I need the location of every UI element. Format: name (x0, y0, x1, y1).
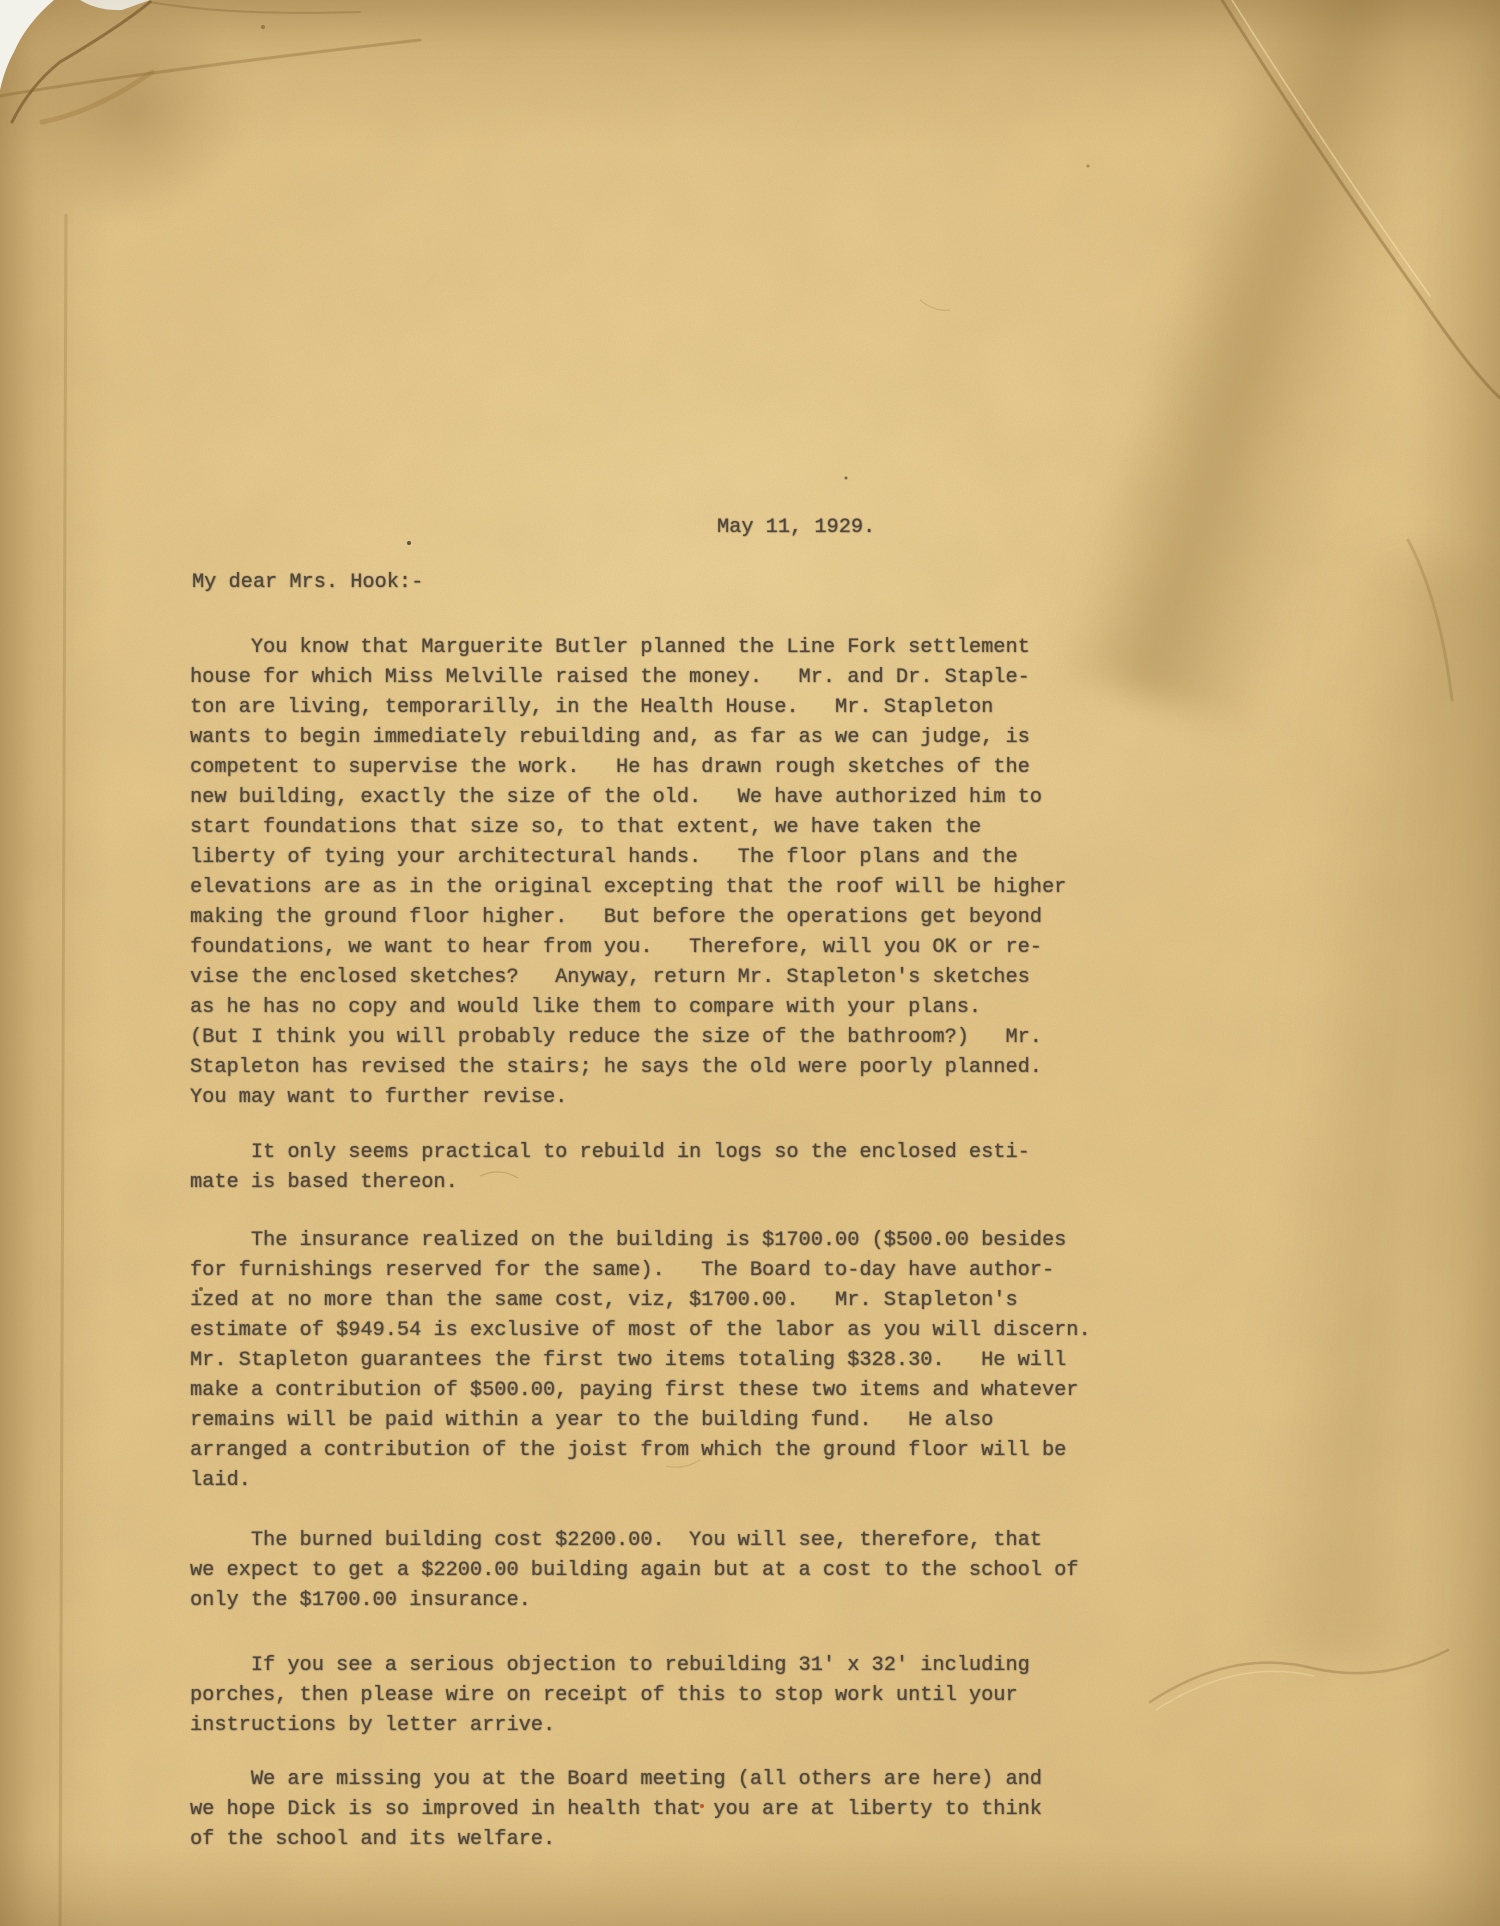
letter-paragraph-5: If you see a serious objection to rebuil… (190, 1651, 1030, 1741)
letter-paragraph-6: We are missing you at the Board meeting … (190, 1765, 1042, 1855)
letter-paragraph-1: You know that Marguerite Butler planned … (190, 633, 1066, 1113)
scanned-letter: May 11, 1929. My dear Mrs. Hook:- You kn… (0, 0, 1500, 1926)
letter-paragraph-2: It only seems practical to rebuild in lo… (190, 1138, 1030, 1198)
letter-salutation: My dear Mrs. Hook:- (192, 568, 423, 598)
letter-paragraph-3: The insurance realized on the building i… (190, 1226, 1091, 1496)
letter-text: May 11, 1929. My dear Mrs. Hook:- You kn… (0, 0, 1500, 1926)
letter-date: May 11, 1929. (717, 513, 875, 543)
letter-paragraph-4: The burned building cost $2200.00. You w… (190, 1526, 1078, 1616)
